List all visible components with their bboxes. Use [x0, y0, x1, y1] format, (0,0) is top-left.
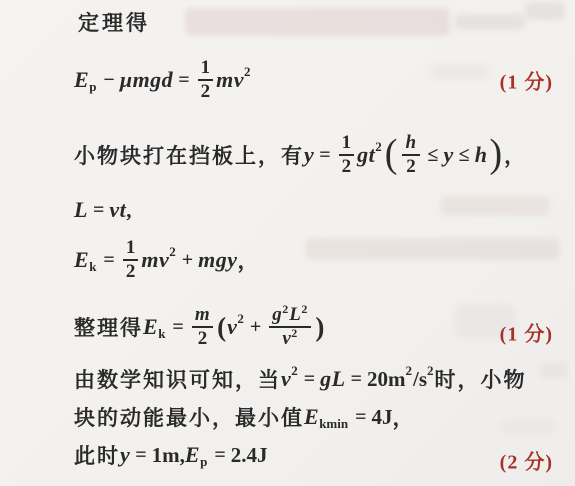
math-token-cjk: ， [504, 140, 527, 170]
score-badge: (2 分) [500, 445, 553, 474]
math-token-sub: k [89, 259, 96, 275]
math-token-sup: 2 [244, 64, 251, 80]
math-token-var: L [289, 305, 301, 325]
math-token-rom: J [382, 405, 393, 430]
solution-line-projectile: 小物块打在挡板上，有 y=12gt2(h2≤y≤h)， [74, 118, 567, 192]
math-token-num: 1 [152, 443, 163, 468]
math-token-cjk: 块的动能最小，最小值 [74, 402, 304, 432]
math-token-var: y [120, 442, 130, 468]
math-token-sup: 2 [427, 363, 434, 379]
math-token-sup: 2 [291, 363, 298, 379]
math-token-op: = [214, 444, 225, 467]
solution-line-energy-theorem: Ep−μmgd=12mv2 (1 分) [74, 48, 567, 112]
score-badge: (1 分) [500, 66, 553, 95]
math-token-op: = [304, 368, 315, 391]
solution-line-kinetic: Ek=12mv2+mgy， [74, 228, 567, 292]
math-token-op: = [351, 368, 362, 391]
math-token-rom: , [126, 198, 131, 223]
math-token-var: E [74, 247, 89, 273]
math-token-var: E [74, 67, 89, 93]
score-badge: (1 分) [500, 318, 553, 347]
math-token-num: 2 [406, 157, 416, 177]
math-token-frac: m2 [192, 305, 213, 349]
math-token-var: mv [141, 247, 169, 273]
math-token-op: ≤ [459, 144, 470, 167]
math-token-rom: /s [413, 367, 427, 392]
math-token-op: + [182, 249, 193, 272]
math-token-op: = [172, 316, 183, 339]
math-token-cjk: ， [238, 245, 261, 275]
solution-line-distance: L=vt, [74, 194, 567, 226]
math-token-sub: p [200, 454, 207, 470]
math-token-var: μmgd [120, 67, 173, 93]
math-token-var: mgy [198, 247, 237, 273]
math-token-cjk: 时，小物 [435, 364, 527, 394]
math-token-op: = [135, 444, 146, 467]
math-token-op: = [93, 199, 104, 222]
math-token-num: 2 [342, 157, 352, 177]
math-token-op: = [355, 406, 366, 429]
math-token-mp: ( [217, 314, 226, 341]
math-token-var: E [143, 314, 158, 340]
math-token-var: v [282, 329, 291, 349]
math-token-var: m [195, 305, 210, 325]
math-token-num: 20 [367, 367, 388, 392]
math-token-num: 1 [201, 58, 211, 78]
math-token-var: g [272, 305, 282, 325]
math-token-var: h [475, 142, 488, 168]
math-token-rom: m [388, 367, 406, 392]
math-token-sup: 2 [375, 139, 382, 155]
math-token-var: y [304, 142, 314, 168]
math-token-var: h [405, 133, 416, 153]
solution-line-minimum: 块的动能最小，最小值 Ekmin=4 J， [74, 398, 567, 436]
math-token-cjk: ， [393, 402, 416, 432]
math-token-rom: m, [162, 443, 185, 468]
math-token-frac: g2L2v2 [269, 305, 311, 349]
math-token-sup: 2 [282, 303, 288, 316]
math-token-lp: ( [385, 134, 398, 174]
math-token-sub: k [158, 326, 165, 342]
math-token-sup: 2 [237, 311, 244, 327]
math-token-var: vt [109, 197, 126, 223]
math-token-num: 1 [126, 238, 136, 258]
math-token-frac: h2 [402, 133, 419, 177]
equation-energy-theorem: Ep−μmgd=12mv2 [74, 58, 251, 102]
math-token-frac: 12 [339, 133, 355, 177]
solution-line-final: 此时 y=1 m,Ep=2.4 J (2 分) [74, 436, 567, 474]
math-token-sup: 2 [169, 244, 176, 260]
math-token-op: = [103, 249, 114, 272]
math-token-cjk: 定理得 [78, 7, 150, 37]
math-token-num: 2 [126, 262, 136, 282]
math-token-num: 2 [198, 329, 208, 349]
math-token-sub: kmin [319, 416, 348, 432]
math-token-sup: 2 [301, 303, 307, 316]
math-token-rp: ) [490, 134, 503, 174]
math-token-var: E [185, 442, 200, 468]
document-page: 定理得 Ep−μmgd=12mv2 (1 分) 小物块打在挡板上，有 y=12g… [0, 0, 575, 486]
math-token-var: gL [320, 366, 345, 392]
solution-line-condition: 由数学知识可知，当 v2=gL=20 m2/s2 时，小物 [74, 360, 567, 398]
math-token-cjk: 此时 [74, 440, 120, 470]
solution-line-simplified: 整理得 Ek=m2(v2+g2L2v2) (1 分) [74, 294, 567, 360]
math-token-var: v [281, 366, 291, 392]
math-token-num: 2.4 [231, 443, 257, 468]
math-token-cjk: 整理得 [74, 312, 143, 342]
math-token-op: = [319, 144, 330, 167]
math-token-op: + [250, 316, 261, 339]
math-token-var: v [227, 314, 237, 340]
math-token-rom: J [257, 443, 268, 468]
math-token-frac: 12 [123, 238, 139, 282]
math-token-mp: ) [315, 314, 324, 341]
equation-simplified: 整理得 Ek=m2(v2+g2L2v2) [74, 305, 325, 349]
math-token-var: y [444, 142, 454, 168]
math-token-sup: 2 [291, 327, 297, 340]
math-token-cjk: 小物块打在挡板上，有 [74, 140, 304, 170]
math-token-sup: 2 [406, 363, 413, 379]
math-token-var: L [74, 197, 88, 223]
solution-heading: 定理得 [78, 6, 567, 38]
math-token-sub: p [89, 79, 96, 95]
math-token-op: = [178, 69, 189, 92]
math-token-num: 1 [342, 133, 352, 153]
math-token-var: mv [216, 67, 244, 93]
math-token-var: E [304, 404, 319, 430]
math-token-var: gt [357, 142, 375, 168]
equation-final: 此时 y=1 m,Ep=2.4 J [74, 440, 268, 470]
math-token-num: 4 [372, 405, 383, 430]
math-token-num: 2 [201, 82, 211, 102]
math-token-op: ≤ [428, 144, 439, 167]
math-token-op: − [103, 69, 114, 92]
math-token-frac: 12 [198, 58, 214, 102]
math-token-cjk: 由数学知识可知，当 [74, 364, 281, 394]
